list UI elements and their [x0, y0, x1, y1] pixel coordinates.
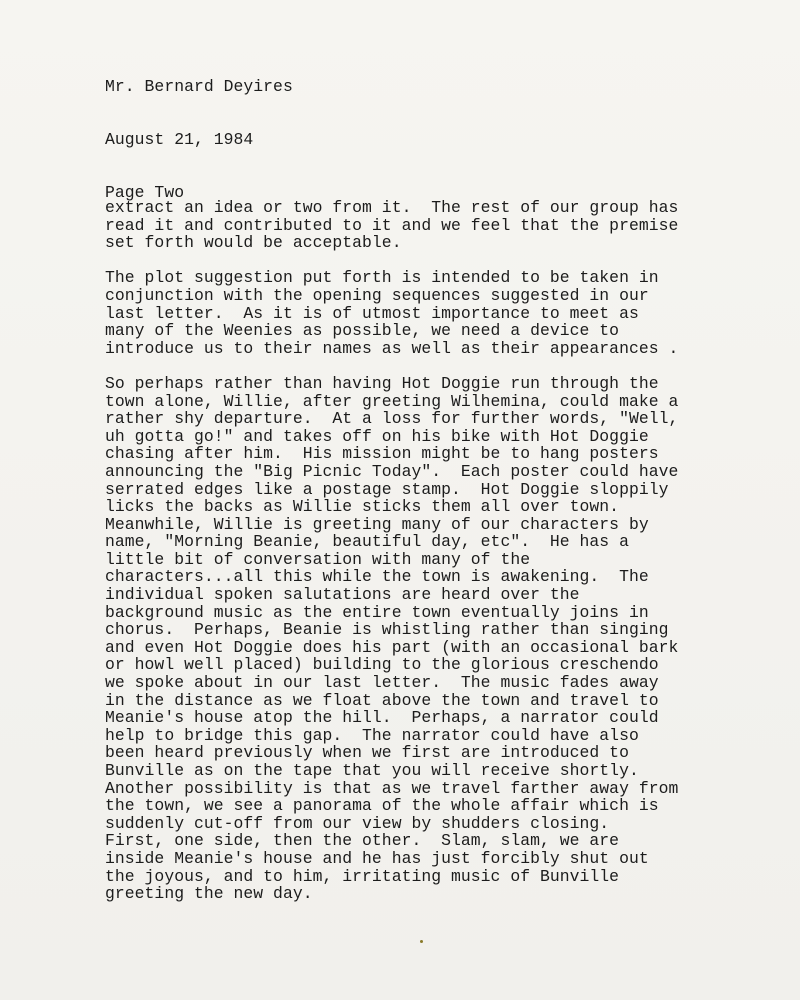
text-line: read it and contributed to it and we fee…: [105, 217, 678, 235]
text-line: chorus. Perhaps, Beanie is whistling rat…: [105, 621, 678, 639]
paragraph: The plot suggestion put forth is intende…: [105, 269, 678, 357]
text-line: the town, we see a panorama of the whole…: [105, 797, 678, 815]
text-line: suddenly cut-off from our view by shudde…: [105, 815, 678, 833]
text-line: inside Meanie's house and he has just fo…: [105, 850, 678, 868]
paragraph: extract an idea or two from it. The rest…: [105, 199, 678, 252]
text-line: and even Hot Doggie does his part (with …: [105, 639, 678, 657]
text-line: characters...all this while the town is …: [105, 568, 678, 586]
date-line: August 21, 1984: [105, 131, 293, 149]
text-line: serrated edges like a postage stamp. Hot…: [105, 481, 678, 499]
text-line: greeting the new day.: [105, 885, 678, 903]
text-line: many of the Weenies as possible, we need…: [105, 322, 678, 340]
text-line: Meanwhile, Willie is greeting many of ou…: [105, 516, 678, 534]
text-line: extract an idea or two from it. The rest…: [105, 199, 678, 217]
text-line: Another possibility is that as we travel…: [105, 780, 678, 798]
letter-body: extract an idea or two from it. The rest…: [105, 199, 678, 920]
text-line: introduce us to their names as well as t…: [105, 340, 678, 358]
text-line: or howl well placed) building to the glo…: [105, 656, 678, 674]
text-line: the joyous, and to him, irritating music…: [105, 868, 678, 886]
recipient-line: Mr. Bernard Deyires: [105, 78, 293, 96]
text-line: background music as the entire town even…: [105, 604, 678, 622]
text-line: conjunction with the opening sequences s…: [105, 287, 678, 305]
text-line: individual spoken salutations are heard …: [105, 586, 678, 604]
text-line: been heard previously when we first are …: [105, 744, 678, 762]
text-line: set forth would be acceptable.: [105, 234, 678, 252]
text-line: help to bridge this gap. The narrator co…: [105, 727, 678, 745]
text-line: Meanie's house atop the hill. Perhaps, a…: [105, 709, 678, 727]
text-line: announcing the "Big Picnic Today". Each …: [105, 463, 678, 481]
text-line: chasing after him. His mission might be …: [105, 445, 678, 463]
text-line: in the distance as we float above the to…: [105, 692, 678, 710]
text-line: The plot suggestion put forth is intende…: [105, 269, 678, 287]
text-line: rather shy departure. At a loss for furt…: [105, 410, 678, 428]
text-line: Bunville as on the tape that you will re…: [105, 762, 678, 780]
text-line: name, "Morning Beanie, beautiful day, et…: [105, 533, 678, 551]
text-line: we spoke about in our last letter. The m…: [105, 674, 678, 692]
text-line: town alone, Willie, after greeting Wilhe…: [105, 393, 678, 411]
text-line: licks the backs as Willie sticks them al…: [105, 498, 678, 516]
text-line: First, one side, then the other. Slam, s…: [105, 832, 678, 850]
text-line: last letter. As it is of utmost importan…: [105, 305, 678, 323]
text-line: uh gotta go!" and takes off on his bike …: [105, 428, 678, 446]
letter-page: Mr. Bernard Deyires August 21, 1984 Page…: [0, 0, 800, 1000]
text-line: So perhaps rather than having Hot Doggie…: [105, 375, 678, 393]
paragraph: So perhaps rather than having Hot Doggie…: [105, 375, 678, 903]
text-line: little bit of conversation with many of …: [105, 551, 678, 569]
paper-speck: [420, 940, 423, 943]
